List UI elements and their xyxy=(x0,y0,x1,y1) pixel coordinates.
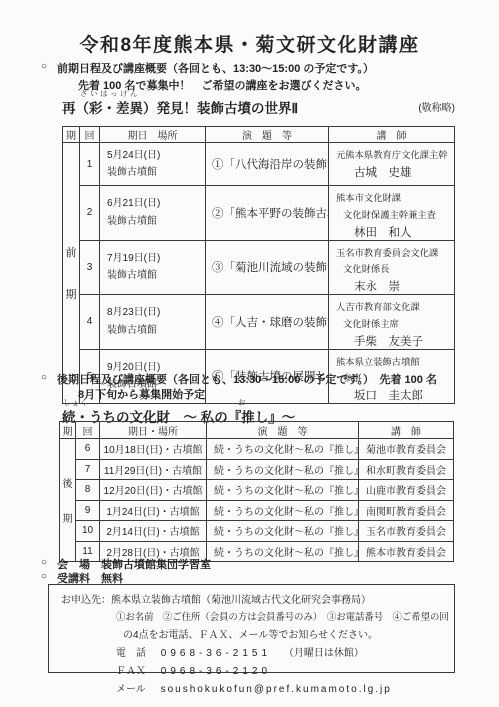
fax-line: ＦＡＸ 0968-36-2120 xyxy=(116,662,446,677)
table-row: 10 2月14日(日)・古墳館 続・うちの文化財～私の『推し』～⑤ 玉名市教育委… xyxy=(60,521,454,542)
lecture-title: 続・うちの文化財～私の『推し』～③ xyxy=(207,480,359,501)
session-date: 5月24日(日) xyxy=(107,147,205,165)
lecturer-post: 文化財係主席 xyxy=(343,316,454,330)
keishoryaku-note: (敬称略) xyxy=(418,99,455,114)
lecture-title: 続・うちの文化財～私の『推し』～⑥ xyxy=(207,541,359,562)
session-date: 1月24日(日)・古墳館 xyxy=(100,500,207,521)
lecturer-name: 熊本市教育委員会 xyxy=(359,541,454,562)
table-row: 後 期 6 10月18日(日)・古墳館 続・うちの文化財～私の『推し』～① 菊池… xyxy=(60,439,454,460)
col-header-endai: 演 題 等 xyxy=(207,422,359,439)
circle-bullet: ○ xyxy=(41,557,47,568)
col-header-kai: 回 xyxy=(80,127,100,143)
table-row: 7 11月29日(日)・古墳館 続・うちの文化財～私の『推し』～② 和水町教育委… xyxy=(60,459,454,480)
session-date: 8月23日(日) xyxy=(107,304,205,322)
table-row: 8 12月20日(日)・古墳館 続・うちの文化財～私の『推し』～③ 山鹿市教育委… xyxy=(60,480,454,501)
lecturer-name: 末永 崇 xyxy=(354,278,454,294)
lecture-title: ④「人吉・球磨の装飾古墳」 xyxy=(206,295,329,350)
closed-monday-note: （月曜日は休館） xyxy=(284,648,364,659)
lecturer-name: 手柴 友美子 xyxy=(354,333,454,349)
session-date: 12月20日(日)・古墳館 xyxy=(100,480,207,501)
lecturer-name: 南関町教育委員会 xyxy=(359,500,454,521)
fax-number: 0968-36-2120 xyxy=(161,666,271,677)
session-number: 10 xyxy=(76,521,100,542)
session-place: 装飾古墳館 xyxy=(107,322,205,340)
lecturer-name: 菊池市教育委員会 xyxy=(359,439,454,460)
session-date: 6月21日(日) xyxy=(107,195,205,213)
col-header-date: 期日 場所 xyxy=(100,127,206,143)
session-date-place: 8月23日(日) 装飾古墳館 xyxy=(100,295,206,350)
col-header-endai: 演 題 等 xyxy=(206,127,329,143)
period-char: 後 xyxy=(60,475,75,490)
session-date: 2月14日(日)・古墳館 xyxy=(100,521,207,542)
table-row: 前 期 1 5月24日(日) 装飾古墳館 ①「八代海沿岸の装飾古墳」 元熊本県教… xyxy=(63,143,455,186)
lecturer-cell: 人吉市教育部文化課 文化財係主席 手柴 友美子 xyxy=(329,295,455,350)
session-number: 3 xyxy=(80,240,100,295)
col-header-koshi: 講 師 xyxy=(359,422,454,439)
zenki-heading: 前期日程及び講座概要（各回とも、13:30～15:00 の予定です。） xyxy=(57,60,374,76)
col-header-koshi: 講 師 xyxy=(329,127,455,143)
period-label-kouki: 後 期 xyxy=(60,439,76,562)
session-number: 4 xyxy=(80,295,100,350)
phone-line: 電 話 0968-36-2151 （月曜日は休館） xyxy=(116,644,446,659)
table-row: 2 6月21日(日) 装飾古墳館 ②「熊本平野の装飾古墳」 熊本市文化財課 文化… xyxy=(63,186,455,241)
lecturer-affiliation: 人吉市教育部文化課 xyxy=(336,299,454,313)
mail-label: メール xyxy=(116,684,146,695)
zenki-heading-row: ○ 前期日程及び講座概要（各回とも、13:30～15:00 の予定です。） xyxy=(41,60,374,76)
phone-label: 電 話 xyxy=(116,648,146,659)
fax-label: ＦＡＸ xyxy=(116,666,146,677)
application-method-line: の4点をお電話、ＦＡＸ、メール等でお知らせください。 xyxy=(123,626,446,641)
period-char: 期 xyxy=(60,510,75,525)
circle-bullet: ○ xyxy=(41,571,47,582)
session-date: 10月18日(日)・古墳館 xyxy=(100,439,207,460)
period-char: 前 xyxy=(63,244,79,260)
session-number: 1 xyxy=(80,143,100,186)
session-number: 9 xyxy=(76,500,100,521)
application-address-line: お申込先：熊本県立装飾古墳館（菊池川流域古代文化研究会事務局） xyxy=(61,591,446,606)
application-box: お申込先：熊本県立装飾古墳館（菊池川流域古代文化研究会事務局） ①お名前 ②ご住… xyxy=(48,584,455,673)
col-header-kai: 回 xyxy=(76,422,100,439)
zenki-section-title: 再（彩・差異）発見！装飾古墳の世界Ⅱ xyxy=(62,97,298,117)
lecture-title: 続・うちの文化財～私の『推し』～⑤ xyxy=(207,521,359,542)
table-row: 4 8月23日(日) 装飾古墳館 ④「人吉・球磨の装飾古墳」 人吉市教育部文化課… xyxy=(63,295,455,350)
lecture-title: ②「熊本平野の装飾古墳」 xyxy=(206,186,329,241)
kouki-section-title-row: しょく お 続・うちの文化財 ～ 私の『推し』～ xyxy=(62,397,455,423)
table-row: 3 7月19日(日) 装飾古墳館 ③「菊池川流域の装飾古墳」 玉名市教育委員会文… xyxy=(63,240,455,295)
session-date-place: 5月24日(日) 装飾古墳館 xyxy=(100,143,206,186)
lecture-title: 続・うちの文化財～私の『推し』～② xyxy=(207,459,359,480)
lecturer-name: 山鹿市教育委員会 xyxy=(359,480,454,501)
kouki-schedule-table: 期 回 期日・場所 演 題 等 講 師 後 期 6 10月18日(日)・古墳館 … xyxy=(59,421,454,562)
circle-bullet: ○ xyxy=(41,61,47,72)
lecturer-affiliation: 熊本県立装飾古墳館 xyxy=(336,354,454,368)
session-place: 装飾古墳館 xyxy=(107,213,205,231)
phone-number: 0968-36-2151 xyxy=(161,648,271,659)
session-date-place: 6月21日(日) 装飾古墳館 xyxy=(100,186,206,241)
session-number: 7 xyxy=(76,459,100,480)
session-number: 8 xyxy=(76,480,100,501)
lecturer-cell: 玉名市教育委員会文化課 文化財係長 末永 崇 xyxy=(329,240,455,295)
lecturer-affiliation: 元熊本県教育庁文化課主幹 xyxy=(336,147,454,161)
table-header-row: 期 回 期日 場所 演 題 等 講 師 xyxy=(63,127,455,143)
lecturer-cell: 熊本市文化財課 文化財保護主幹兼主査 林田 和人 xyxy=(329,186,455,241)
col-header-date: 期日・場所 xyxy=(100,422,207,439)
lecture-title: ③「菊池川流域の装飾古墳」 xyxy=(206,240,329,295)
lecture-title: ①「八代海沿岸の装飾古墳」 xyxy=(206,143,329,186)
session-number: 2 xyxy=(80,186,100,241)
session-date-place: 7月19日(日) 装飾古墳館 xyxy=(100,240,206,295)
lecturer-name: 古城 史雄 xyxy=(354,164,454,180)
zenki-section-title-row: さいはっけん 再（彩・差異）発見！装飾古墳の世界Ⅱ (敬称略) xyxy=(62,88,455,122)
table-row: 9 1月24日(日)・古墳館 続・うちの文化財～私の『推し』～④ 南関町教育委員… xyxy=(60,500,454,521)
col-header-ki: 期 xyxy=(63,127,80,143)
zenki-schedule-table: 期 回 期日 場所 演 題 等 講 師 前 期 1 5月24日(日) 装飾古墳館… xyxy=(62,126,455,404)
table-header-row: 期 回 期日・場所 演 題 等 講 師 xyxy=(60,422,454,439)
page-title: 令和8年度熊本県・菊文研文化財講座 xyxy=(0,30,499,57)
period-label-zenki: 前 期 xyxy=(63,143,80,404)
lecturer-cell: 元熊本県教育庁文化課主幹 古城 史雄 xyxy=(329,143,455,186)
lecturer-name: 玉名市教育委員会 xyxy=(359,521,454,542)
session-place: 装飾古墳館 xyxy=(107,267,205,285)
kouki-heading: 後期日程及び講座概要（各回とも、13:30～15:00 の予定です。） 先着 1… xyxy=(57,371,437,387)
lecturer-post: 文化財係長 xyxy=(343,261,454,275)
kouki-heading-row: ○ 後期日程及び講座概要（各回とも、13:30～15:00 の予定です。） 先着… xyxy=(41,371,437,387)
mail-line: メール soushokukofun@pref.kumamoto.lg.jp xyxy=(116,680,446,695)
session-place: 装飾古墳館 xyxy=(107,164,205,182)
circle-bullet: ○ xyxy=(41,372,47,383)
period-char: 期 xyxy=(63,286,79,302)
lecture-title: 続・うちの文化財～私の『推し』～④ xyxy=(207,500,359,521)
mail-address: soushokukofun@pref.kumamoto.lg.jp xyxy=(161,684,392,695)
lecturer-name: 和水町教育委員会 xyxy=(359,459,454,480)
session-number: 6 xyxy=(76,439,100,460)
lecturer-affiliation: 熊本市文化財課 xyxy=(336,190,454,204)
application-items-line: ①お名前 ②ご住所（会員の方は会員番号のみ） ③お電話番号 ④ご希望の回 xyxy=(116,609,446,623)
lecture-title: 続・うちの文化財～私の『推し』～① xyxy=(207,439,359,460)
session-date: 11月29日(日)・古墳館 xyxy=(100,459,207,480)
col-header-ki: 期 xyxy=(60,422,76,439)
lecturer-affiliation: 玉名市教育委員会文化課 xyxy=(336,245,454,259)
lecturer-post: 文化財保護主幹兼主査 xyxy=(343,207,454,221)
lecturer-name: 林田 和人 xyxy=(354,224,454,240)
session-date: 7月19日(日) xyxy=(107,250,205,268)
